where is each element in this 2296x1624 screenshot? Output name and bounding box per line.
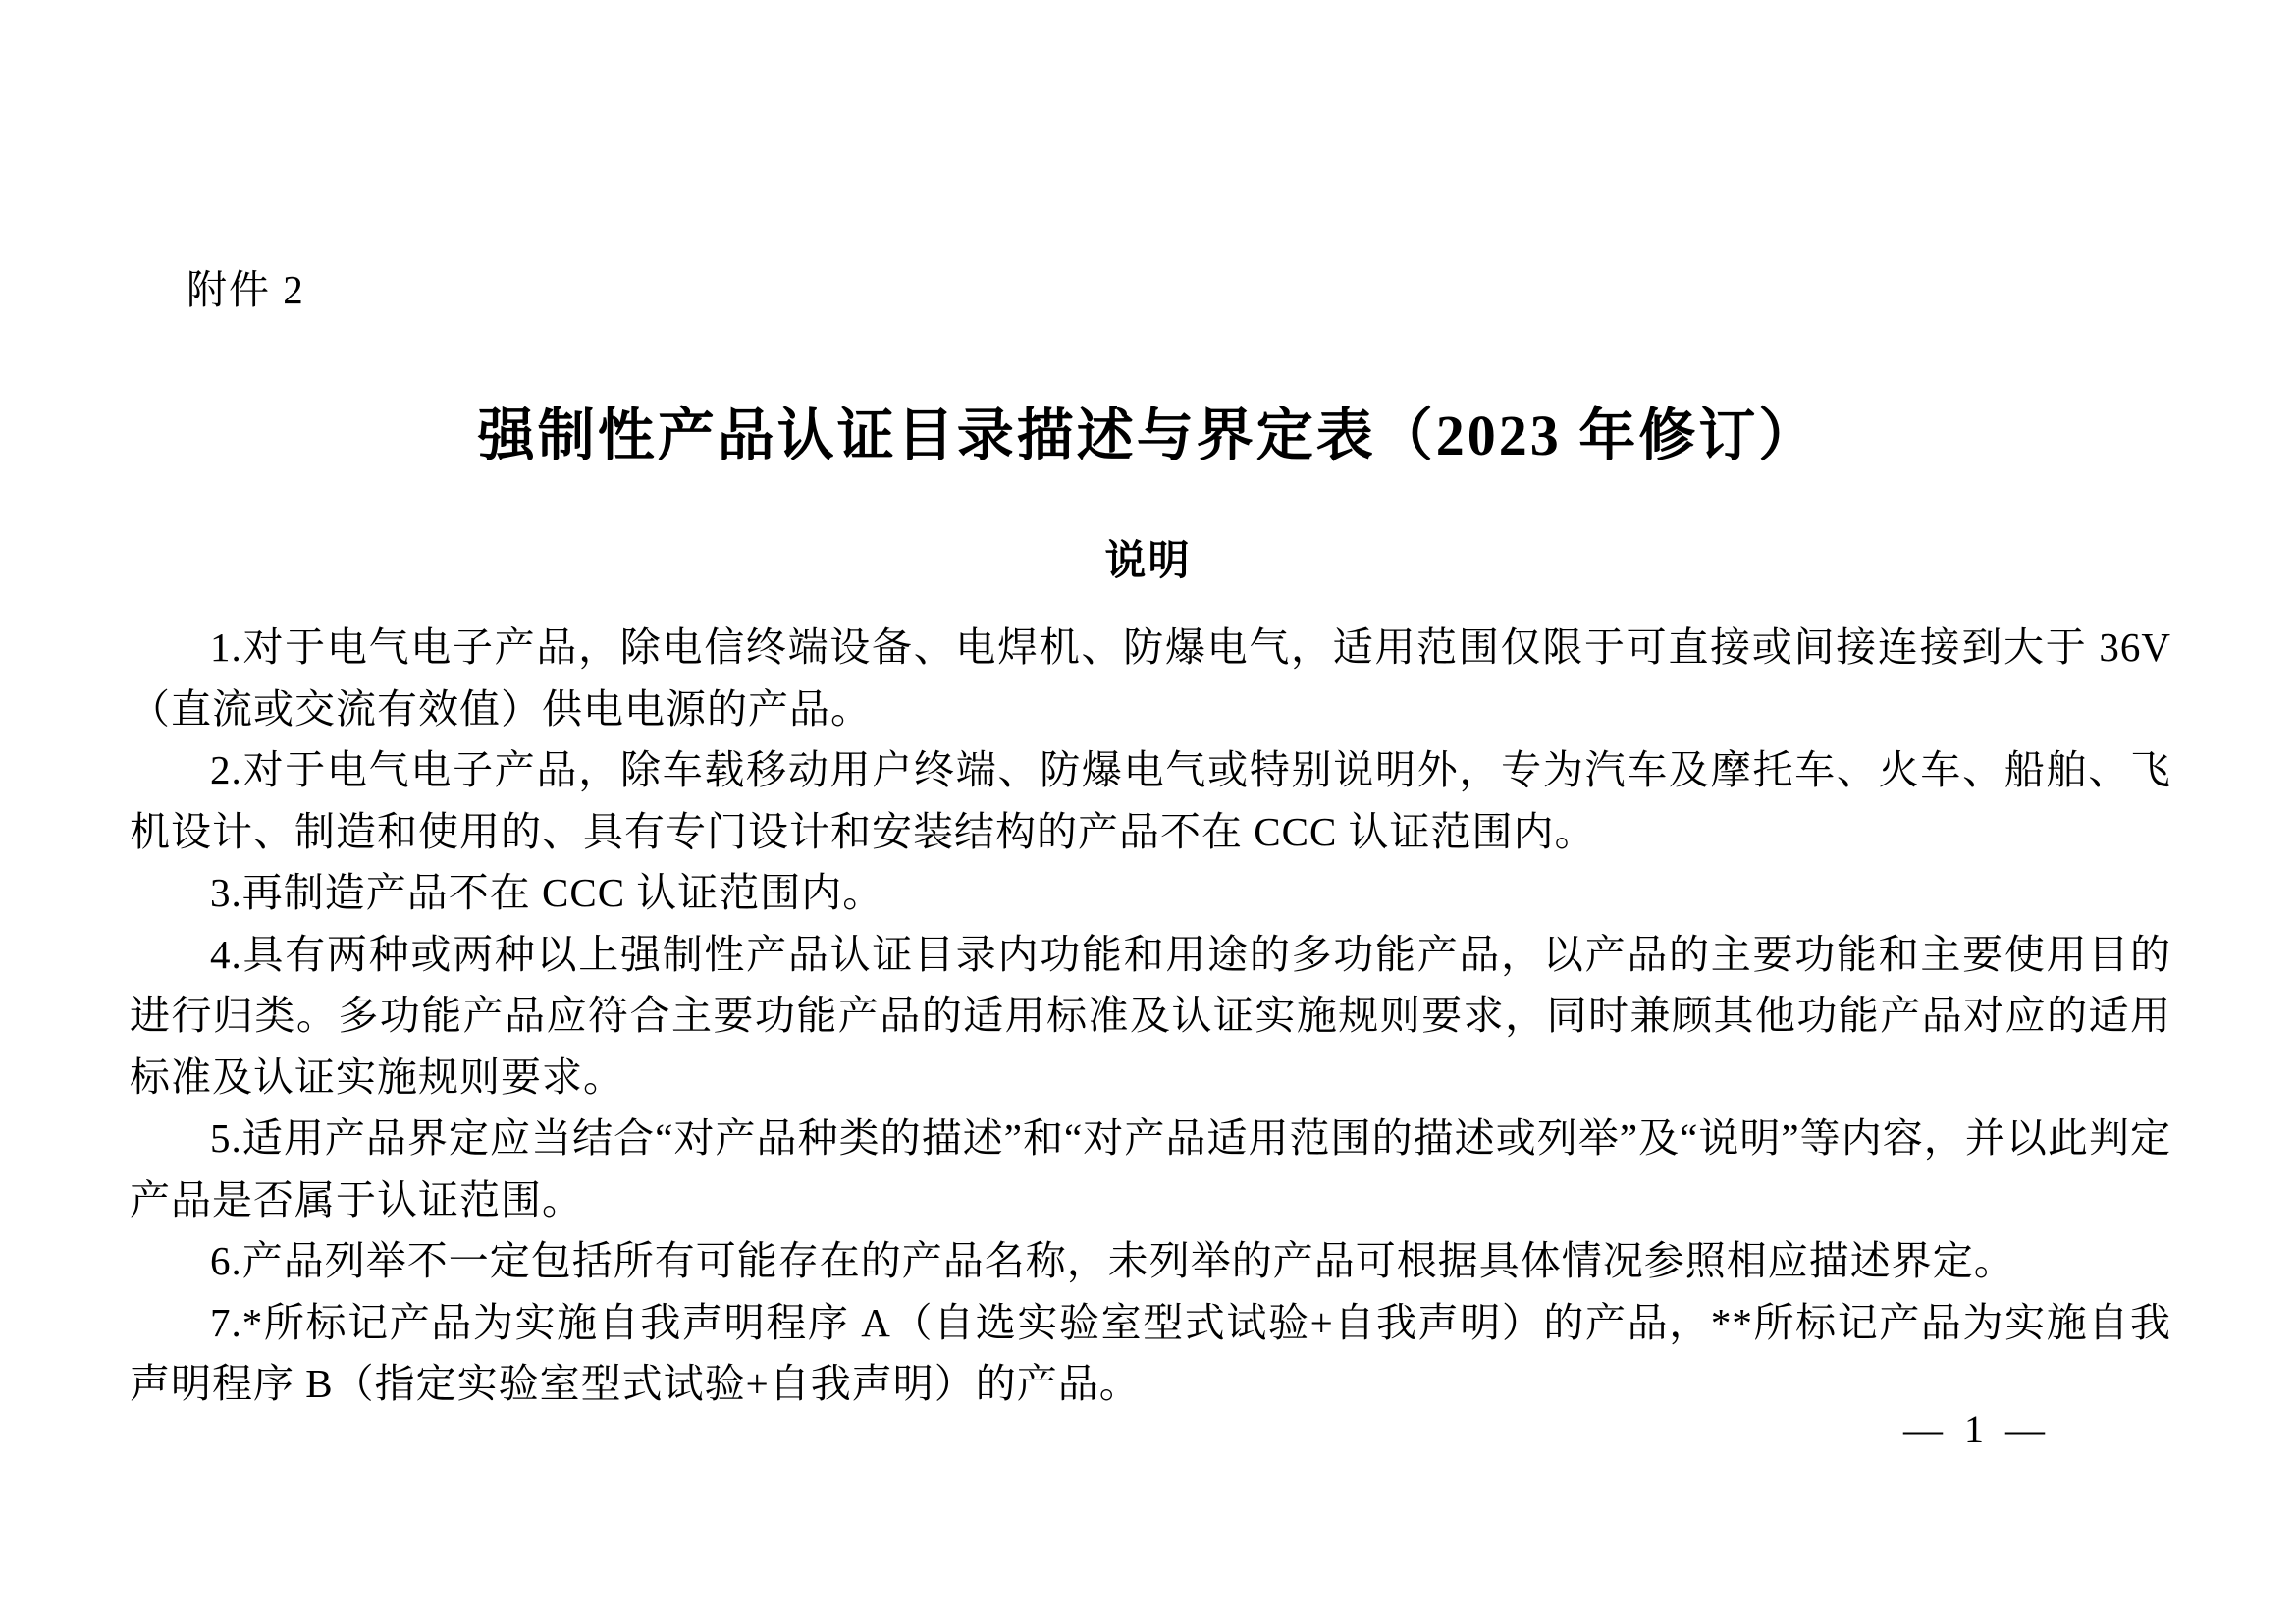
section-subtitle: 说明 (0, 528, 2296, 587)
paragraph-3: 3.再制造产品不在 CCC 认证范围内。 (130, 862, 2171, 924)
paragraph-2: 2.对于电气电子产品，除车载移动用户终端、防爆电气或特别说明外，专为汽车及摩托车… (130, 739, 2171, 862)
page-number: — 1 — (1903, 1406, 2051, 1452)
document-page: 附件 2 强制性产品认证目录描述与界定表（2023 年修订） 说明 1.对于电气… (0, 0, 2296, 1624)
paragraph-7: 7.*所标记产品为实施自我声明程序 A（自选实验室型式试验+自我声明）的产品，*… (130, 1292, 2171, 1415)
document-body: 1.对于电气电子产品，除电信终端设备、电焊机、防爆电气，适用范围仅限于可直接或间… (130, 617, 2171, 1415)
page-title: 强制性产品认证目录描述与界定表（2023 年修订） (0, 389, 2296, 471)
paragraph-6: 6.产品列举不一定包括所有可能存在的产品名称，未列举的产品可根据具体情况参照相应… (130, 1230, 2171, 1292)
paragraph-4: 4.具有两种或两种以上强制性产品认证目录内功能和用途的多功能产品，以产品的主要功… (130, 924, 2171, 1109)
paragraph-1: 1.对于电气电子产品，除电信终端设备、电焊机、防爆电气，适用范围仅限于可直接或间… (130, 617, 2171, 739)
paragraph-5: 5.适用产品界定应当结合“对产品种类的描述”和“对产品适用范围的描述或列举”及“… (130, 1108, 2171, 1230)
attachment-label: 附件 2 (187, 257, 305, 315)
